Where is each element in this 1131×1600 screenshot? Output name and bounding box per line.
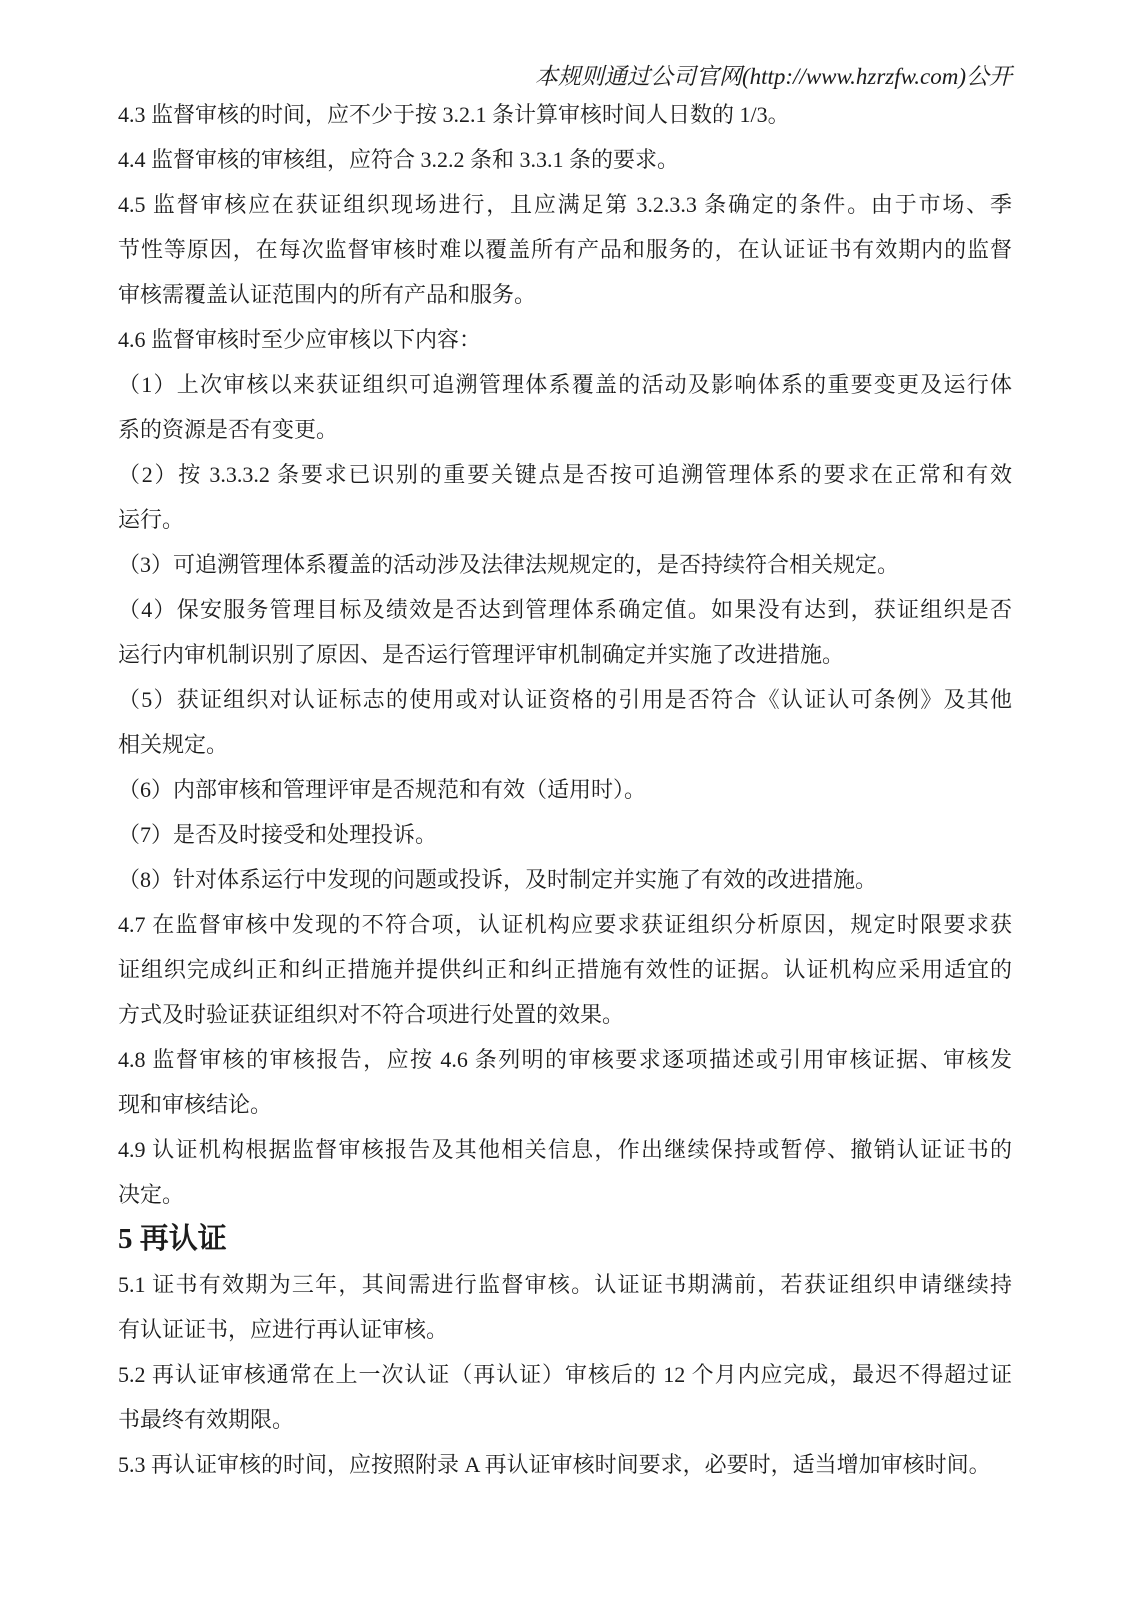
paragraph: 5.3 再认证审核的时间，应按照附录 A 再认证审核时间要求，必要时，适当增加审… xyxy=(118,1442,1012,1487)
text-line: 4.6 监督审核时至少应审核以下内容： xyxy=(118,317,1012,362)
text-line: 节性等原因，在每次监督审核时难以覆盖所有产品和服务的，在认证证书有效期内的监督 xyxy=(118,227,1012,272)
text-line: （2）按 3.3.3.2 条要求已识别的重要关键点是否按可追溯管理体系的要求在正… xyxy=(118,452,1012,497)
text-line: （5）获证组织对认证标志的使用或对认证资格的引用是否符合《认证认可条例》及其他 xyxy=(118,677,1012,722)
paragraph: （6）内部审核和管理评审是否规范和有效（适用时）。 xyxy=(118,767,1012,812)
text-line: （8）针对体系运行中发现的问题或投诉，及时制定并实施了有效的改进措施。 xyxy=(118,857,1012,902)
text-line: 书最终有效期限。 xyxy=(118,1397,1012,1442)
document-body: 4.3 监督审核的时间，应不少于按 3.2.1 条计算审核时间人日数的 1/3。… xyxy=(118,0,1012,1487)
text-line: 运行内审机制识别了原因、是否运行管理评审机制确定并实施了改进措施。 xyxy=(118,632,1012,677)
paragraph: 4.8 监督审核的审核报告，应按 4.6 条列明的审核要求逐项描述或引用审核证据… xyxy=(118,1037,1012,1127)
text-line: 5.1 证书有效期为三年，其间需进行监督审核。认证证书期满前，若获证组织申请继续… xyxy=(118,1262,1012,1307)
text-line: 4.9 认证机构根据监督审核报告及其他相关信息，作出继续保持或暂停、撤销认证证书… xyxy=(118,1127,1012,1172)
paragraph: 4.3 监督审核的时间，应不少于按 3.2.1 条计算审核时间人日数的 1/3。 xyxy=(118,92,1012,137)
paragraph: 4.7 在监督审核中发现的不符合项，认证机构应要求获证组织分析原因，规定时限要求… xyxy=(118,902,1012,1037)
text-line: （6）内部审核和管理评审是否规范和有效（适用时）。 xyxy=(118,767,1012,812)
text-line: （3）可追溯管理体系覆盖的活动涉及法律法规规定的，是否持续符合相关规定。 xyxy=(118,542,1012,587)
text-line: 5.2 再认证审核通常在上一次认证（再认证）审核后的 12 个月内应完成，最迟不… xyxy=(118,1352,1012,1397)
text-line: 现和审核结论。 xyxy=(118,1082,1012,1127)
paragraph: 4.6 监督审核时至少应审核以下内容： xyxy=(118,317,1012,362)
paragraph: （5）获证组织对认证标志的使用或对认证资格的引用是否符合《认证认可条例》及其他相… xyxy=(118,677,1012,767)
text-line: 4.4 监督审核的审核组，应符合 3.2.2 条和 3.3.1 条的要求。 xyxy=(118,137,1012,182)
text-line: 运行。 xyxy=(118,497,1012,542)
paragraph: （3）可追溯管理体系覆盖的活动涉及法律法规规定的，是否持续符合相关规定。 xyxy=(118,542,1012,587)
document-page: 本规则通过公司官网(http://www.hzrzfw.com)公开 4.3 监… xyxy=(0,0,1131,1600)
paragraph: （2）按 3.3.3.2 条要求已识别的重要关键点是否按可追溯管理体系的要求在正… xyxy=(118,452,1012,542)
text-line: 决定。 xyxy=(118,1172,1012,1217)
text-line: 4.5 监督审核应在获证组织现场进行，且应满足第 3.2.3.3 条确定的条件。… xyxy=(118,182,1012,227)
text-line: （7）是否及时接受和处理投诉。 xyxy=(118,812,1012,857)
text-line: 4.8 监督审核的审核报告，应按 4.6 条列明的审核要求逐项描述或引用审核证据… xyxy=(118,1037,1012,1082)
text-line: 4.3 监督审核的时间，应不少于按 3.2.1 条计算审核时间人日数的 1/3。 xyxy=(118,92,1012,137)
text-line: 5 再认证 xyxy=(118,1217,1012,1262)
paragraph: 4.4 监督审核的审核组，应符合 3.2.2 条和 3.3.1 条的要求。 xyxy=(118,137,1012,182)
text-line: （4）保安服务管理目标及绩效是否达到管理体系确定值。如果没有达到，获证组织是否 xyxy=(118,587,1012,632)
text-line: 方式及时验证获证组织对不符合项进行处置的效果。 xyxy=(118,992,1012,1037)
paragraph: （7）是否及时接受和处理投诉。 xyxy=(118,812,1012,857)
paragraph: 4.5 监督审核应在获证组织现场进行，且应满足第 3.2.3.3 条确定的条件。… xyxy=(118,182,1012,317)
paragraph: （8）针对体系运行中发现的问题或投诉，及时制定并实施了有效的改进措施。 xyxy=(118,857,1012,902)
text-line: 证组织完成纠正和纠正措施并提供纠正和纠正措施有效性的证据。认证机构应采用适宜的 xyxy=(118,947,1012,992)
text-line: 5.3 再认证审核的时间，应按照附录 A 再认证审核时间要求，必要时，适当增加审… xyxy=(118,1442,1012,1487)
text-line: 有认证证书，应进行再认证审核。 xyxy=(118,1307,1012,1352)
text-line: 审核需覆盖认证范围内的所有产品和服务。 xyxy=(118,272,1012,317)
paragraph: 5.1 证书有效期为三年，其间需进行监督审核。认证证书期满前，若获证组织申请继续… xyxy=(118,1262,1012,1352)
paragraph: （4）保安服务管理目标及绩效是否达到管理体系确定值。如果没有达到，获证组织是否运… xyxy=(118,587,1012,677)
paragraph: （1）上次审核以来获证组织可追溯管理体系覆盖的活动及影响体系的重要变更及运行体系… xyxy=(118,362,1012,452)
text-line: 4.7 在监督审核中发现的不符合项，认证机构应要求获证组织分析原因，规定时限要求… xyxy=(118,902,1012,947)
paragraph: 4.9 认证机构根据监督审核报告及其他相关信息，作出继续保持或暂停、撤销认证证书… xyxy=(118,1127,1012,1217)
section-heading: 5 再认证 xyxy=(118,1217,1012,1262)
paragraph: 5.2 再认证审核通常在上一次认证（再认证）审核后的 12 个月内应完成，最迟不… xyxy=(118,1352,1012,1442)
text-line: （1）上次审核以来获证组织可追溯管理体系覆盖的活动及影响体系的重要变更及运行体 xyxy=(118,362,1012,407)
text-line: 相关规定。 xyxy=(118,722,1012,767)
text-line: 系的资源是否有变更。 xyxy=(118,407,1012,452)
